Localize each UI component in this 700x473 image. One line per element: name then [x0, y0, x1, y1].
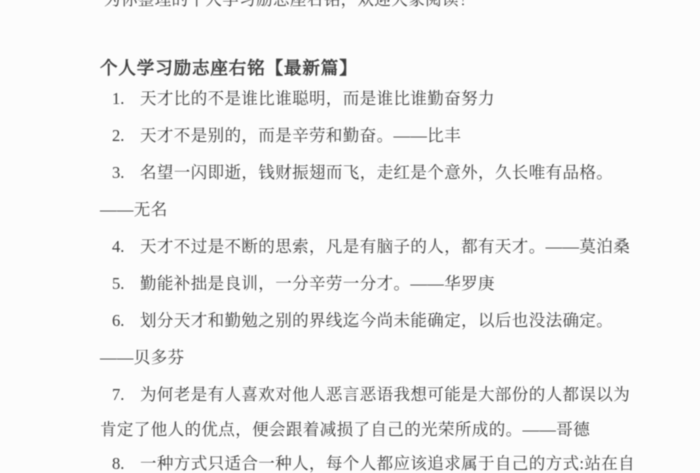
item-text: 划分天才和勤勉之别的界线迄今尚未能确定，以后也没法确定。: [140, 311, 613, 330]
item-number: 1.: [112, 90, 140, 107]
item-text: 天才不过是不断的思索，凡是有脑子的人，都有天才。——莫泊桑: [140, 237, 630, 256]
item-number: 5.: [112, 275, 140, 292]
item-text: 一种方式只适合一种人，每个人都应该追求属于自己的方式:站在自: [140, 454, 635, 470]
document-page: 为你整理的个人学习励志座右铭，欢迎大家阅读！ 个人学习励志座右铭【最新篇】 1.…: [0, 0, 700, 470]
list-item-3-continuation: ——无名: [100, 201, 168, 218]
item-number: 2.: [112, 127, 140, 144]
item-number: 7.: [112, 386, 140, 403]
list-item-5: 5.勤能补拙是良训，一分辛劳一分才。——华罗庚: [112, 275, 495, 292]
list-item-3: 3.名望一闪即逝，钱财振翅而飞，走红是个意外，久长唯有品格。: [112, 164, 613, 181]
item-text: 天才不是别的，而是辛劳和勤奋。——比丰: [140, 126, 461, 145]
item-number: 4.: [112, 238, 140, 255]
list-item-6: 6.划分天才和勤勉之别的界线迄今尚未能确定，以后也没法确定。: [112, 312, 613, 329]
list-item-6-continuation: ——贝多芬: [100, 349, 185, 366]
list-item-7-continuation: 肯定了他人的优点，便会跟着减损了自己的光荣所成的。——哥德: [100, 421, 590, 438]
list-item-8: 8.一种方式只适合一种人，每个人都应该追求属于自己的方式:站在自: [112, 455, 635, 470]
document-title: 个人学习励志座右铭【最新篇】: [100, 60, 358, 77]
item-text: 勤能补拙是良训，一分辛劳一分才。——华罗庚: [140, 274, 495, 293]
item-text: 天才比的不是谁比谁聪明，而是谁比谁勤奋努力: [140, 89, 495, 108]
list-item-1: 1.天才比的不是谁比谁聪明，而是谁比谁勤奋努力: [112, 90, 495, 107]
item-number: 6.: [112, 312, 140, 329]
item-number: 3.: [112, 164, 140, 181]
partial-top-line: 为你整理的个人学习励志座右铭，欢迎大家阅读！: [104, 0, 476, 8]
item-text: 名望一闪即逝，钱财振翅而飞，走红是个意外，久长唯有品格。: [140, 163, 613, 182]
item-text: 为何老是有人喜欢对他人恶言恶语我想可能是大部份的人都误以为: [140, 385, 630, 404]
list-item-4: 4.天才不过是不断的思索，凡是有脑子的人，都有天才。——莫泊桑: [112, 238, 630, 255]
list-item-2: 2.天才不是别的，而是辛劳和勤奋。——比丰: [112, 127, 461, 144]
item-number: 8.: [112, 455, 140, 470]
list-item-7: 7.为何老是有人喜欢对他人恶言恶语我想可能是大部份的人都误以为: [112, 386, 630, 403]
